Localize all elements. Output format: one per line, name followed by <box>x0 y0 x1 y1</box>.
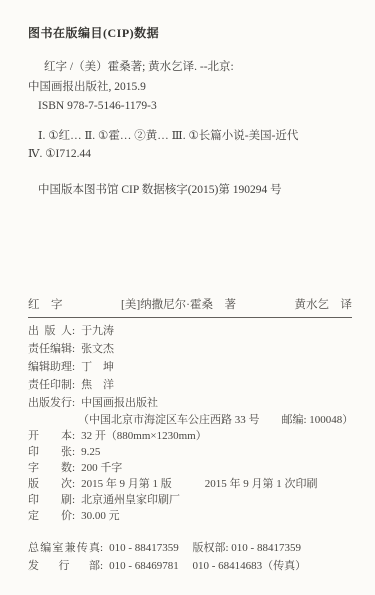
colophon-row: 印刷:北京通州皇家印刷厂 <box>28 492 364 508</box>
colophon-address-row: （中国北京市海淀区车公庄西路 33 号 邮编: 100048） <box>28 412 364 428</box>
colophon-value: 2015 年 9 月第 1 版 2015 年 9 月第 1 次印刷 <box>81 478 318 490</box>
book-copyright-page: 图书在版编目(CIP)数据 红字 /（美）霍桑著; 黄水乞译. --北京: 中国… <box>0 0 375 595</box>
colophon-row: 印张:9.25 <box>28 444 364 460</box>
label-colon: : <box>72 397 75 409</box>
colophon-value: 张文杰 <box>81 343 114 355</box>
book-translator: 黄水乞 译 <box>295 296 353 312</box>
label-colon: : <box>100 542 103 554</box>
contact-block: 总编室兼传真:010 - 88417359 版权部: 010 - 8841735… <box>28 539 368 575</box>
colophon-label: 印刷 <box>28 492 72 508</box>
title-row: 红 字 [美]纳撒尼尔·霍桑 著 黄水乞 译 <box>28 296 352 318</box>
colophon-value: 焦 洋 <box>81 379 114 391</box>
label-colon: : <box>72 361 75 373</box>
colophon-label: 出版人 <box>28 322 72 340</box>
colophon-row: 版次:2015 年 9 月第 1 版 2015 年 9 月第 1 次印刷 <box>28 476 364 492</box>
colophon-row: 开本:32 开（880mm×1230mm） <box>28 428 364 444</box>
colophon-row: 字数:200 千字 <box>28 460 364 476</box>
contact-label: 发行部 <box>28 557 100 575</box>
colophon-label: 开本 <box>28 428 72 444</box>
cip-entry-line2: 中国画报出版社, 2015.9 <box>28 78 355 98</box>
colophon-label: 印张 <box>28 444 72 460</box>
colophon-label: 出版发行 <box>28 394 72 412</box>
label-colon: : <box>72 446 75 458</box>
colophon-label: 编辑助理 <box>28 358 72 376</box>
contact-label: 总编室兼传真 <box>28 539 100 557</box>
label-colon: : <box>72 325 75 337</box>
label-colon: : <box>72 343 75 355</box>
cip-class-line2: Ⅳ. ①I712.44 <box>28 146 361 164</box>
cip-record-number: 中国版本图书馆 CIP 数据核字(2015)第 190294 号 <box>38 181 282 197</box>
colophon-value: 30.00 元 <box>81 510 120 522</box>
colophon-row: 责任编辑:张文杰 <box>28 340 364 358</box>
colophon-row: 编辑助理:丁 坤 <box>28 358 364 376</box>
colophon-value: 北京通州皇家印刷厂 <box>81 494 180 506</box>
contact-value: 010 - 88417359 版权部: 010 - 88417359 <box>109 542 301 554</box>
contact-row: 总编室兼传真:010 - 88417359 版权部: 010 - 8841735… <box>28 539 368 557</box>
label-colon: : <box>100 560 103 572</box>
cip-entry-line1: 红字 /（美）霍桑著; 黄水乞译. --北京: <box>28 58 355 78</box>
colophon-row: 出版发行:中国画报出版社 <box>28 394 364 412</box>
book-title: 红 字 <box>28 296 63 312</box>
label-colon: : <box>72 430 75 442</box>
colophon-row: 定价:30.00 元 <box>28 508 364 524</box>
contact-value: 010 - 68469781 010 - 68414683（传真） <box>109 560 306 572</box>
colophon-block: 出版人:于九涛 责任编辑:张文杰 编辑助理:丁 坤 责任印制:焦 洋 出版发行:… <box>28 322 364 524</box>
colophon-value: 32 开（880mm×1230mm） <box>81 430 207 442</box>
cip-classification-block: Ⅰ. ①红… Ⅱ. ①霍… ②黄… Ⅲ. ①长篇小说-美国-近代 Ⅳ. ①I71… <box>28 128 361 163</box>
label-colon: : <box>72 478 75 490</box>
colophon-label: 责任编辑 <box>28 340 72 358</box>
cip-header: 图书在版编目(CIP)数据 <box>28 24 159 41</box>
label-colon: : <box>72 462 75 474</box>
label-colon: : <box>72 510 75 522</box>
colophon-value: 中国画报出版社 <box>81 397 158 409</box>
colophon-row: 出版人:于九涛 <box>28 322 364 340</box>
isbn-line: ISBN 978-7-5146-1179-3 <box>28 97 355 117</box>
colophon-label: 版次 <box>28 476 72 492</box>
colophon-value: 200 千字 <box>81 462 122 474</box>
colophon-label: 责任印制 <box>28 376 72 394</box>
label-colon: : <box>72 494 75 506</box>
colophon-value: 9.25 <box>81 446 100 458</box>
book-author: [美]纳撒尼尔·霍桑 著 <box>121 296 236 312</box>
cip-entry-block: 红字 /（美）霍桑著; 黄水乞译. --北京: 中国画报出版社, 2015.9 … <box>28 58 355 117</box>
colophon-row: 责任印制:焦 洋 <box>28 376 364 394</box>
colophon-label: 定价 <box>28 508 72 524</box>
label-colon: : <box>72 379 75 391</box>
colophon-label: 字数 <box>28 460 72 476</box>
contact-row: 发行部:010 - 68469781 010 - 68414683（传真） <box>28 557 368 575</box>
colophon-value: 于九涛 <box>81 325 114 337</box>
cip-class-line1: Ⅰ. ①红… Ⅱ. ①霍… ②黄… Ⅲ. ①长篇小说-美国-近代 <box>28 128 361 146</box>
colophon-value: 丁 坤 <box>81 361 114 373</box>
publisher-address: （中国北京市海淀区车公庄西路 33 号 邮编: 100048） <box>28 414 353 426</box>
